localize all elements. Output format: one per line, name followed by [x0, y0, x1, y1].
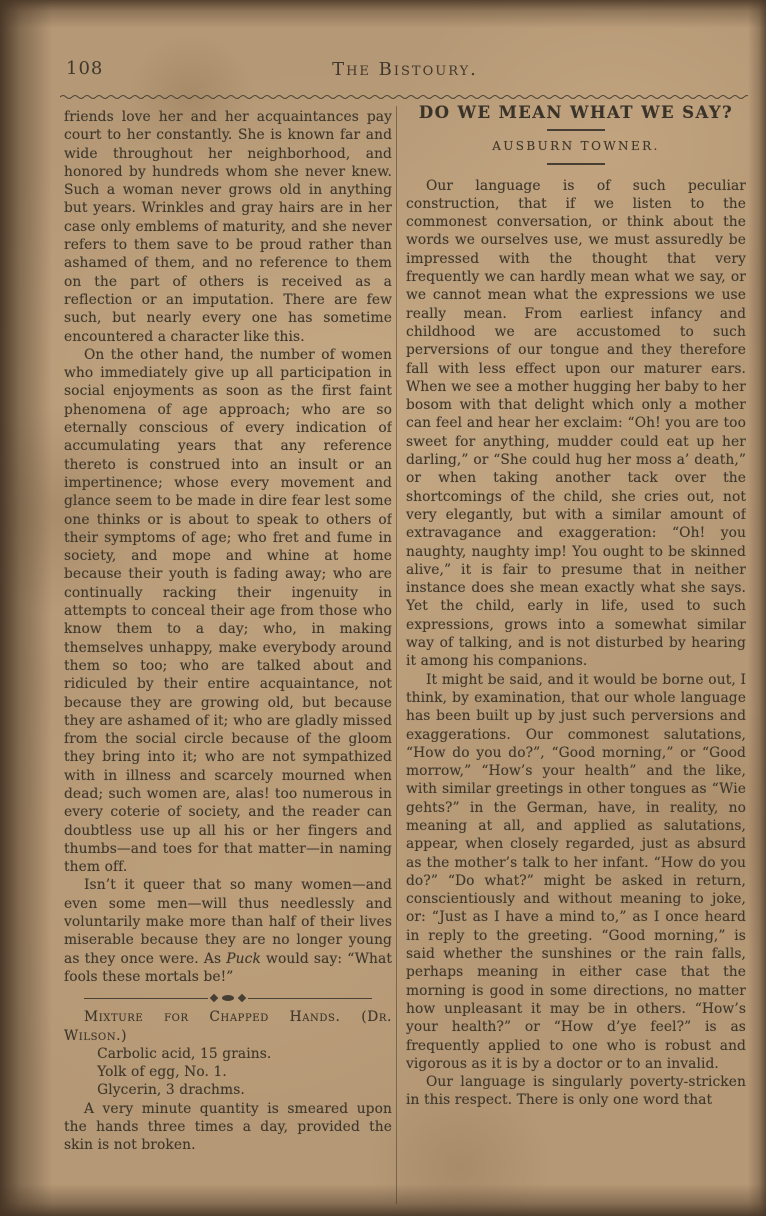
title-rule [547, 129, 605, 131]
ornament-line-left [84, 998, 208, 999]
mixture-heading-text: Mixture for Chapped Hands. (Dr. Wilson.) [64, 1009, 392, 1043]
article-paragraph: Our language is singularly poverty-stric… [406, 1073, 746, 1110]
paragraph-other-hand: On the other hand, the number of women w… [64, 346, 392, 877]
article-body: Our language is of such peculiar constru… [406, 177, 746, 1110]
ornament-divider [84, 995, 373, 1001]
mixture-heading: Mixture for Chapped Hands. (Dr. Wilson.) [64, 1008, 392, 1045]
puck-italic: Puck [226, 951, 261, 967]
article-paragraph: Our language is of such peculiar constru… [406, 177, 746, 671]
left-column: friends love her and her acquaintances p… [64, 108, 392, 1212]
byline-rule [547, 163, 605, 165]
diamond-icon [238, 994, 246, 1002]
paragraph-continuation: friends love her and her acquaintances p… [64, 108, 392, 346]
diamond-icon [210, 994, 218, 1002]
scanned-page: 108 The Bistoury. friends love her and h… [0, 0, 766, 1216]
journal-title: The Bistoury. [64, 59, 746, 80]
right-column: DO WE MEAN WHAT WE SAY? AUSBURN TOWNER. … [406, 104, 746, 1212]
ornament-line-right [248, 998, 372, 999]
ingredient-line: Glycerin, 3 drachms. [97, 1081, 392, 1099]
page-header: 108 The Bistoury. [64, 58, 746, 82]
wavy-rule [60, 93, 748, 101]
leaf-icon [222, 995, 234, 1001]
paragraph-queer: Isn’t it queer that so many women—and ev… [64, 876, 392, 986]
article-title: DO WE MEAN WHAT WE SAY? [406, 104, 746, 122]
ingredient-list: Carbolic acid, 15 grains. Yolk of egg, N… [97, 1045, 392, 1100]
mixture-instructions: A very minute quantity is smeared upon t… [64, 1100, 392, 1155]
column-divider-rule [396, 106, 397, 1204]
ingredient-line: Carbolic acid, 15 grains. [97, 1045, 392, 1063]
ingredient-line: Yolk of egg, No. 1. [97, 1063, 392, 1081]
article-paragraph: It might be said, and it would be borne … [406, 671, 746, 1074]
author-byline: AUSBURN TOWNER. [406, 137, 746, 155]
